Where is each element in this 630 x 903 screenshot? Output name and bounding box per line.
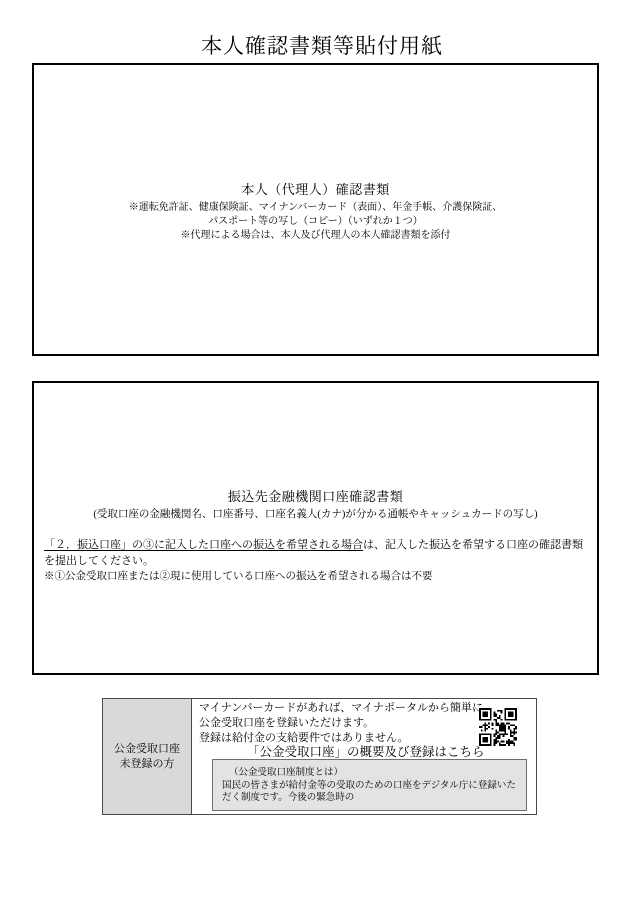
bank-account-documents-attachment-box: 振込先金融機関口座確認書類 (受取口座の金融機関名、口座番号、口座名義人(カナ)… [32,381,599,675]
bank-box-content: 振込先金融機関口座確認書類 (受取口座の金融機関名、口座番号、口座名義人(カナ)… [34,383,597,584]
qr-code-icon [479,708,517,746]
table-row-header: 公金受取口座 未登録の方 [103,699,192,814]
system-description-box: （公金受取口座制度とは） 国民の皆さまが給付金等の受取のための口座をデジタル庁に… [212,759,527,811]
bank-instruction-underlined: 「２．振込口座」の③に記入した口座への振込を希望される場合 [44,539,363,551]
table-content-cell: マイナンバーカードがあれば、マイナポータルから簡単に 公金受取口座を登録いただけ… [192,699,536,814]
identity-note-line: パスポート等の写し（コピー）（いずれか１つ） [34,215,597,229]
bank-box-heading: 振込先金融機関口座確認書類 [34,489,597,505]
identity-box-heading: 本人（代理人）確認書類 [34,182,597,198]
identity-documents-attachment-box: 本人（代理人）確認書類 ※運転免許証、健康保険証、マイナンバーカード（表面）、年… [32,63,599,356]
attachment-sheet-page: 本人確認書類等貼付用紙 本人（代理人）確認書類 ※運転免許証、健康保険証、マイナ… [0,0,630,903]
row-header-line: 未登録の方 [120,757,175,772]
bank-box-subheading: (受取口座の金融機関名、口座番号、口座名義人(カナ)が分かる通帳やキャッシュカー… [34,508,597,522]
page-title: 本人確認書類等貼付用紙 [0,33,630,59]
registration-link-line: 「公金受取口座」の概要及び登録はこちら [199,745,536,759]
system-description-title: （公金受取口座制度とは） [222,767,517,780]
identity-box-content: 本人（代理人）確認書類 ※運転免許証、健康保険証、マイナンバーカード（表面）、年… [34,65,597,243]
identity-note-line: ※代理による場合は、本人及び代理人の本人確認書類を添付 [34,229,597,243]
system-description-body: 国民の皆さまが給付金等の受取のための口座をデジタル庁に登録いただく制度です。今後… [222,780,517,805]
bank-box-note: ※①公金受取口座または②現に使用している口座への振込を希望される場合は不要 [34,570,597,584]
identity-note-line: ※運転免許証、健康保険証、マイナンバーカード（表面）、年金手帳、介護保険証、 [34,201,597,215]
public-funds-account-table: 公金受取口座 未登録の方 マイナンバーカードがあれば、マイナポータルから簡単に … [102,698,537,815]
row-header-line: 公金受取口座 [114,742,180,757]
bank-box-instruction: 「２．振込口座」の③に記入した口座への振込を希望される場合は、記入した振込を希望… [34,538,597,569]
